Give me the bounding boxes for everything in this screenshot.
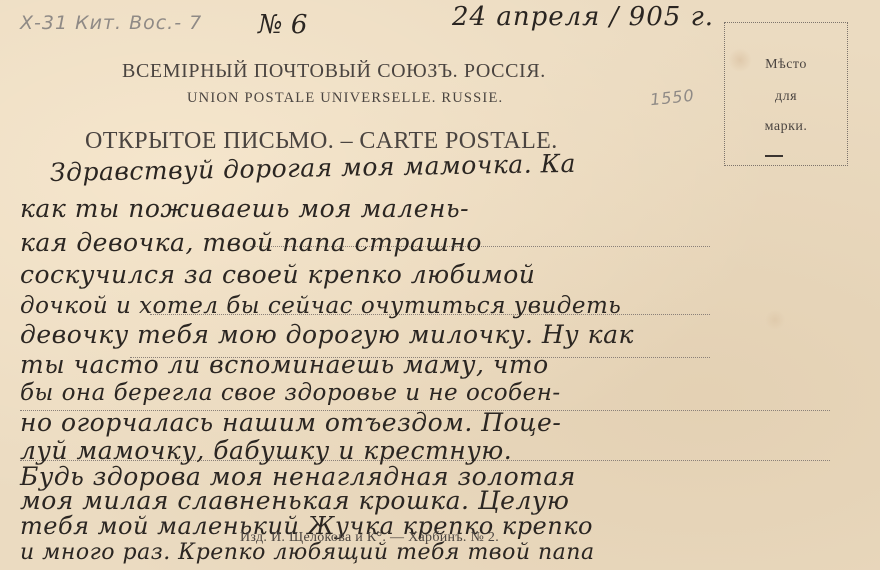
handwritten-line-6: девочку тебя мою дорогую милочку. Ну как (20, 320, 634, 349)
postcard-back: Х-31 Кит. Вос.- 7 1550 № 6 24 апреля / 9… (0, 0, 880, 570)
stamp-dash (765, 155, 783, 157)
handwritten-line-4: соскучился за своей крепко любимой (20, 260, 535, 289)
printed-header-french: UNION POSTALE UNIVERSELLE. RUSSIE. (187, 90, 503, 107)
card-number: № 6 (258, 10, 307, 40)
stamp-label-2: для (725, 89, 847, 105)
handwritten-line-2: как ты поживаешь моя малень- (20, 194, 469, 223)
handwritten-line-7: ты часто ли вспоминаешь маму, что (20, 350, 549, 379)
pencil-annotation-top-left: Х-31 Кит. Вос.- 7 (20, 12, 202, 34)
handwritten-line-8: бы она берегла свое здоровье и не особен… (20, 380, 561, 406)
pencil-catalog-number: 1550 (649, 86, 695, 110)
date-written: 24 апреля / 905 г. (452, 2, 714, 32)
handwritten-line-3: кая девочка, твой папа страшно (20, 228, 482, 257)
stamp-placeholder-box: Мѣсто для марки. (724, 22, 848, 166)
printed-header-russian: ВСЕМІРНЫЙ ПОЧТОВЫЙ СОЮЗЪ. РОССІЯ. (122, 60, 546, 83)
handwritten-line-5: дочкой и хотел бы сейчас очутиться увиде… (20, 293, 621, 319)
handwritten-line-10: луй мамочку, бабушку и крестную. (20, 436, 512, 465)
stamp-label-1: Мѣсто (725, 57, 847, 73)
handwritten-line-9: но огорчалась нашим отъездом. Поце- (20, 408, 561, 437)
handwritten-line-12: моя милая славненькая крошка. Целую (20, 486, 569, 515)
stamp-label-3: марки. (725, 119, 847, 135)
publisher-imprint: Изд. И. Щелокова и К°. — Харбинъ. № 2. (240, 530, 499, 546)
